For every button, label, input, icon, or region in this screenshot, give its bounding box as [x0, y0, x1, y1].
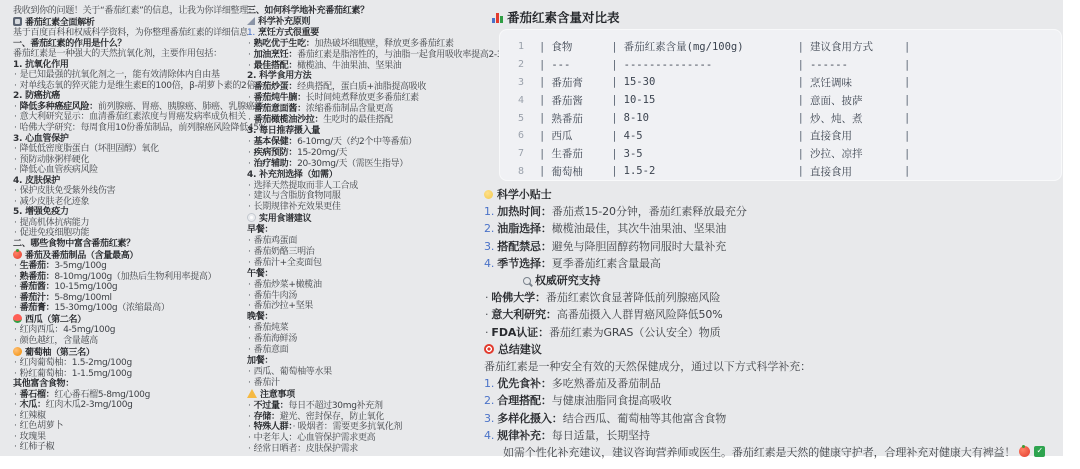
text-line: 3.心血管保护: [13, 134, 245, 145]
line-text: 权威研究支持: [535, 274, 600, 287]
table-cell: 8-10: [624, 112, 792, 124]
line-text: 番茄及番茄制品（含量最高）: [25, 251, 138, 261]
line-text: 如需个性化补充建议，建议咨询营养师或医生。番茄红素是天然的健康守护者，合理补充对…: [503, 446, 1015, 459]
bullet-marker: ·: [248, 433, 251, 443]
line-text: 促进免疫细胞功能: [20, 228, 90, 238]
line-text: 每日适量，长期坚持: [552, 429, 650, 442]
pipe-separator: |: [539, 148, 545, 160]
line-text: 哈佛大学研究：每周食用10份番茄制品，前列腺癌风险降低45%: [20, 123, 267, 133]
text-line: 5.增强免疫力: [13, 207, 245, 218]
text-line: 4.补充剂选择（如需）: [247, 170, 483, 181]
line-label: 存储：: [254, 412, 280, 422]
line-label: 番茄膏：: [20, 303, 55, 313]
line-text: 红辣椒: [20, 411, 46, 421]
line-text: 烹饪方式很重要: [258, 28, 319, 38]
section-heading: 午餐：: [247, 269, 483, 280]
line-label: 季节选择：: [497, 257, 552, 270]
text-line: ·保护皮肤免受紫外线伤害: [13, 186, 245, 197]
line-text: 防癌抗癌: [25, 91, 60, 101]
table-cell: 番茄红素含量(mg/100g): [624, 39, 792, 54]
bullet-marker: ·: [248, 345, 251, 355]
text-line: ·番茄汁：5-8mg/100ml: [13, 293, 245, 304]
list-number: 3.: [13, 134, 22, 144]
bullet-marker: ·: [14, 411, 17, 421]
bullet-marker: ·: [14, 218, 17, 228]
text-line: ·红肉西瓜：4-5mg/100g: [13, 325, 245, 336]
line-label: 优先食补：: [497, 377, 552, 390]
line-text: 红心番石榴5-8mg/100g: [54, 390, 150, 400]
table-cell: ---: [551, 59, 605, 71]
line-text: 早餐：: [247, 225, 273, 235]
line-text: 番茄红素是一种安全有效的天然保健成分，通过以下方式科学补充：: [484, 360, 811, 373]
bullet-marker: ·: [14, 358, 17, 368]
section-heading: 三、如何科学地补充番茄红素？: [247, 6, 483, 17]
text-line: ·番茄汁+全麦面包: [247, 258, 483, 269]
clipboard-icon: [13, 17, 22, 26]
text-line: ·存储：避光、密封保存，防止氧化: [247, 412, 483, 423]
table-cell: 番茄膏: [551, 75, 605, 90]
text-line: ·番茄奶酪三明治: [247, 247, 483, 258]
line-text: 番茄沙拉+坚果: [254, 301, 313, 311]
text-line: ·选择天然提取而非人工合成: [247, 181, 483, 192]
text-line: 番茄红素是一种强大的天然抗氧化剂，主要作用包括：: [13, 49, 245, 60]
line-text: 生吃时的最佳搭配: [323, 115, 393, 125]
list-number: 3.: [484, 240, 494, 253]
text-line: 1.优先食补：多吃熟番茄及番茄制品: [484, 375, 1072, 392]
text-line: ·番茄炖菜: [247, 323, 483, 334]
bullet-marker: ·: [14, 442, 17, 452]
line-text: 抗氧化作用: [25, 60, 69, 70]
text-line: ·生番茄：3-5mg/100g: [13, 261, 245, 272]
line-text: 番茄牛肉汤: [254, 291, 298, 301]
text-line: ·哈佛大学研究：每周食用10份番茄制品，前列腺癌风险降低45%: [13, 123, 245, 134]
line-text: 保护皮肤免受紫外线伤害: [20, 186, 116, 196]
line-text: 番茄红素是脂溶性的，与油脂一起食用吸收率提高2-3倍: [297, 50, 511, 60]
grapefruit-icon: [13, 347, 22, 356]
text-line: 3.每日推荐摄入量: [247, 126, 483, 137]
line-label: 加油烹饪：: [254, 50, 298, 60]
line-text: 实用食谱建议: [259, 214, 311, 224]
bullet-marker: ·: [248, 401, 251, 411]
section-heading: 番茄及番茄制品（含量最高）: [13, 250, 245, 262]
bullet-marker: ·: [14, 421, 17, 431]
text-line: ·降低低密度脂蛋白（坏胆固醇）氧化: [13, 144, 245, 155]
tomato-icon: [1019, 446, 1030, 457]
line-text: 红色胡萝卜: [20, 421, 64, 431]
line-text: 番茄鸡蛋面: [254, 236, 298, 246]
line-text: 经典搭配，蛋白质+油脂提高吸收: [297, 82, 426, 92]
bullet-marker: ·: [14, 303, 17, 313]
bullet-marker: ·: [248, 115, 251, 125]
bullet-marker: ·: [485, 308, 488, 321]
text-line: ·提高机体抗病能力: [13, 218, 245, 229]
bullet-marker: ·: [248, 367, 251, 377]
warning-icon: [247, 389, 257, 398]
bullet-marker: ·: [248, 444, 251, 454]
pipe-separator: |: [539, 41, 545, 53]
text-line: 基于百度百科和权威科学资料，为你整理番茄红素的详细信息：: [13, 28, 245, 39]
bullet-marker: ·: [248, 191, 251, 201]
table-cell: 10-15: [624, 94, 792, 106]
section-heading: 早餐：: [247, 225, 483, 236]
right-column: 科学小贴士1.加热时间：番茄煮15-20分钟，番茄红素释放最充分2.油脂选择：橄…: [484, 186, 1072, 461]
line-text: 20-30mg/天（需医生指导）: [297, 159, 408, 169]
text-line: ·红辣椒: [13, 411, 245, 422]
bullet-marker: ·: [14, 336, 17, 346]
bullet-marker: ·: [248, 280, 251, 290]
line-label: 熟番茄：: [20, 272, 55, 282]
pipe-separator: |: [904, 59, 910, 71]
section-heading: 注意事项: [247, 389, 483, 401]
table-line-number: 3: [512, 77, 524, 88]
pipe-separator: |: [904, 112, 910, 124]
line-text: 红肉葡萄柚：1.5-2mg/100g: [20, 358, 132, 368]
text-line: 2.科学食用方法: [247, 71, 483, 82]
table-cell: 直接食用: [810, 164, 898, 179]
table-cell: 建议食用方式: [810, 39, 898, 54]
table-cell: 4-5: [624, 130, 792, 142]
bullet-marker: ·: [248, 50, 251, 60]
text-line: ·基本保健：6-10mg/天（约2个中等番茄）: [247, 137, 483, 148]
line-text: 5-8mg/100ml: [54, 293, 111, 303]
line-label: 番茄炒蛋：: [254, 82, 298, 92]
table-cell: 1.5-2: [624, 165, 792, 177]
pipe-separator: |: [798, 112, 804, 124]
list-number: 4.: [13, 176, 22, 186]
table-row: 7|生番茄|3-5|沙拉、凉拌|: [512, 145, 1061, 163]
section-heading: 晚餐：: [247, 312, 483, 323]
text-line: ·加油烹饪：番茄红素是脂溶性的，与油脂一起食用吸收率提高2-3倍: [247, 50, 483, 61]
text-line: ·意大利研究显示：血清番茄红素浓度与胃癌发病率成负相关: [13, 112, 245, 123]
line-text: 补充剂选择（如需）: [259, 170, 337, 180]
magnifier-icon: [523, 277, 531, 285]
line-text: 建议与含脂肪食物同服: [254, 191, 341, 201]
table-cell: 直接食用: [810, 128, 898, 143]
bullet-marker: ·: [14, 144, 17, 154]
text-line: ·番茄橄榄油沙拉：生吃时的最佳搭配: [247, 115, 483, 126]
section-heading: 科学小贴士: [484, 186, 1072, 203]
bullet-marker: ·: [248, 323, 251, 333]
line-label: 番茄橄榄油沙拉：: [254, 115, 324, 125]
line-text: 3-5mg/100g: [54, 261, 106, 271]
line-label: 最佳搭配：: [254, 61, 298, 71]
line-text: 多吃熟番茄及番茄制品: [552, 377, 661, 390]
table-line-number: 2: [512, 59, 524, 70]
pipe-separator: |: [539, 130, 545, 142]
line-text: 晚餐：: [247, 312, 273, 322]
table-cell: 3-5: [624, 148, 792, 160]
line-text: 高番茄摄入人群胃癌风险降低50%: [557, 308, 723, 321]
line-text: 午餐：: [247, 269, 273, 279]
bullet-marker: ·: [14, 112, 17, 122]
bullet-marker: ·: [485, 291, 488, 304]
text-line: ·木瓜：红肉木瓜2-3mg/100g: [13, 400, 245, 411]
text-line: ·预防动脉粥样硬化: [13, 155, 245, 166]
text-line: ·番茄炖牛腩：长时间炖煮释放更多番茄红素: [247, 93, 483, 104]
pipe-separator: |: [798, 94, 804, 106]
text-line: ·番茄炒蛋：经典搭配，蛋白质+油脂提高吸收: [247, 82, 483, 93]
pipe-separator: |: [798, 148, 804, 160]
table-cell: --------------: [624, 59, 792, 71]
line-label: 番茄酱：: [20, 282, 55, 292]
line-text: 意大利研究显示：血清番茄红素浓度与胃癌发病率成负相关: [20, 112, 246, 122]
text-line: ·长期规律补充效果更佳: [247, 202, 483, 213]
plate-icon: [247, 213, 256, 222]
line-text: 番茄意面: [254, 345, 289, 355]
pipe-separator: |: [539, 94, 545, 106]
watermelon-icon: [13, 314, 22, 323]
line-text: 粉红葡萄柚：1-1.5mg/100g: [20, 369, 132, 379]
table-cell: 西瓜: [551, 128, 605, 143]
tomato-icon: [13, 250, 22, 259]
line-label: 番茄炖牛腩：: [254, 93, 306, 103]
text-line: 3.搭配禁忌：避免与降胆固醇药物同服时大量补充: [484, 238, 1072, 255]
line-text: · 吸烟者：需要更多抗氧化剂: [293, 422, 403, 432]
pipe-separator: |: [904, 148, 910, 160]
ruler-icon: [247, 17, 255, 25]
line-text: 番茄海鲜汤: [254, 334, 298, 344]
pipe-separator: |: [611, 165, 617, 177]
list-number: 1.: [484, 205, 494, 218]
bullet-marker: ·: [14, 261, 17, 271]
bullet-marker: ·: [14, 70, 17, 80]
line-label: 特殊人群：: [254, 422, 293, 432]
section-heading: 一、番茄红素的作用是什么？: [13, 39, 245, 50]
text-line: 如需个性化补充建议，建议咨询营养师或医生。番茄红素是天然的健康守护者，合理补充对…: [484, 444, 1072, 461]
table-line-number: 8: [512, 166, 524, 177]
bullet-marker: ·: [14, 325, 17, 335]
table-row: 3|番茄膏|15-30|烹饪调味|: [512, 74, 1061, 92]
bullet-marker: ·: [14, 272, 17, 282]
bullet-marker: ·: [248, 334, 251, 344]
line-text: 减少皮肤老化迹象: [20, 197, 90, 207]
line-text: 总结建议: [498, 343, 542, 356]
bullet-marker: ·: [248, 422, 251, 432]
table-cell: 15-30: [624, 76, 792, 88]
line-label: 熟吃优于生吃：: [254, 39, 315, 49]
pipe-separator: |: [904, 41, 910, 53]
text-line: ·哈佛大学：番茄红素饮食显著降低前列腺癌风险: [484, 289, 1072, 306]
line-text: 科学食用方法: [259, 71, 311, 81]
line-text: 番茄奶酪三明治: [254, 247, 315, 257]
line-text: 10-15mg/100g: [54, 282, 117, 292]
table-line-number: 4: [512, 95, 524, 106]
line-text: 橄榄油、牛油果油、坚果油: [297, 61, 401, 71]
table-row: 1|食物|番茄红素含量(mg/100g)|建议食用方式|: [512, 38, 1061, 56]
line-text: 加热破坏细胞壁，释放更多番茄红素: [314, 39, 453, 49]
line-text: 基于百度百科和权威科学资料，为你整理番茄红素的详细信息：: [13, 28, 257, 38]
line-label: 治疗辅助：: [254, 159, 298, 169]
line-text: 颜色越红，含量越高: [20, 336, 98, 346]
text-line: ·番茄炒菜+橄榄油: [247, 280, 483, 291]
document-canvas: 我收到你的问题！关于“番茄红素”的信息，让我为你详细整理：番茄红素全面解析基于百…: [0, 0, 1080, 469]
section-heading: 其他富含食物：: [13, 379, 245, 390]
line-label: FDA认证：: [491, 326, 549, 339]
pipe-separator: |: [611, 76, 617, 88]
line-text: 橄榄油最佳，其次牛油果油、坚果油: [552, 222, 726, 235]
pipe-separator: |: [798, 130, 804, 142]
bullet-marker: ·: [14, 369, 17, 379]
line-label: 合理搭配：: [497, 394, 552, 407]
line-text: 红肉木瓜2-3mg/100g: [46, 400, 133, 410]
list-number: 2.: [13, 91, 22, 101]
text-line: ·番茄海鲜汤: [247, 334, 483, 345]
table-row: 5|熟番茄|8-10|炒、炖、煮|: [512, 109, 1061, 127]
bulb-icon: [484, 190, 493, 199]
text-line: ·颜色越红，含量越高: [13, 336, 245, 347]
bullet-marker: ·: [248, 137, 251, 147]
bar-chart-icon: [492, 13, 503, 23]
line-label: 搭配禁忌：: [497, 240, 552, 253]
line-label: 番茄汁：: [20, 293, 55, 303]
table-line-number: 5: [512, 113, 524, 124]
text-line: ·意大利研究：高番茄摄入人群胃癌风险降低50%: [484, 306, 1072, 323]
line-label: 基本保健：: [254, 137, 298, 147]
text-line: 4.季节选择：夏季番茄红素含量最高: [484, 255, 1072, 272]
line-text: 降低心血管疾病风险: [20, 165, 98, 175]
list-number: 4.: [247, 170, 256, 180]
pipe-separator: |: [798, 76, 804, 88]
bullet-marker: ·: [248, 301, 251, 311]
text-line: ·治疗辅助：20-30mg/天（需医生指导）: [247, 159, 483, 170]
line-text: 番茄炖菜: [254, 323, 289, 333]
text-line: ·是已知最强的抗氧化剂之一，能有效清除体内自由基: [13, 70, 245, 81]
line-label: 意大利研究：: [491, 308, 556, 321]
text-line: ·对单线态氧的猝灭能力是维生素E的100倍，β-胡萝卜素的2倍: [13, 81, 245, 92]
text-line: 2.合理搭配：与健康油脂同食提高吸收: [484, 392, 1072, 409]
list-number: 1.: [247, 28, 255, 38]
table-title-text: 番茄红素含量对比表: [507, 10, 620, 25]
line-text: 西瓜（第二名）: [25, 315, 86, 325]
bullet-marker: ·: [14, 123, 17, 133]
bullet-marker: ·: [14, 390, 17, 400]
pipe-separator: |: [611, 59, 617, 71]
line-text: 每日推荐摄入量: [259, 126, 320, 136]
line-text: 是已知最强的抗氧化剂之一，能有效清除体内自由基: [20, 70, 220, 80]
text-line: 我收到你的问题！关于“番茄红素”的信息，让我为你详细整理：: [13, 6, 245, 17]
line-label: 疾病预防：: [254, 148, 298, 158]
bullet-marker: ·: [248, 61, 251, 71]
list-number: 3.: [484, 412, 494, 425]
line-text: 一、番茄红素的作用是什么？: [13, 39, 126, 49]
bullet-marker: ·: [14, 197, 17, 207]
list-number: 2.: [484, 394, 494, 407]
line-text: 加餐：: [247, 356, 273, 366]
list-number: 3.: [247, 126, 256, 136]
line-label: 降低多种癌症风险：: [20, 102, 98, 112]
bullet-marker: ·: [248, 104, 251, 114]
line-text: 番茄汁: [254, 378, 280, 388]
section-heading: 葡萄柚（第三名）: [13, 347, 245, 359]
line-label: 油脂选择：: [497, 222, 552, 235]
line-text: 结合西瓜、葡萄柚等其他富含食物: [563, 412, 727, 425]
line-text: 每日不超过30mg补充剂: [288, 401, 382, 411]
bullet-marker: ·: [248, 148, 251, 158]
line-text: 玫瑰果: [20, 432, 46, 442]
text-line: ·中老年人：心血管保护需求更高: [247, 433, 483, 444]
section-heading: 西瓜（第二名）: [13, 314, 245, 326]
bullet-marker: ·: [248, 82, 251, 92]
text-line: ·番茄汁: [247, 378, 483, 389]
text-line: ·熟番茄：8-10mg/100g（加热后生物利用率提高）: [13, 272, 245, 283]
line-text: 二、哪些食物中富含番茄红素？: [13, 239, 135, 249]
pipe-separator: |: [904, 94, 910, 106]
table-row: 2|---|--------------|------|: [512, 56, 1061, 74]
lycopene-table-card: 1|食物|番茄红素含量(mg/100g)|建议食用方式|2|---|------…: [499, 29, 1062, 181]
line-text: 番茄红素全面解析: [25, 18, 95, 28]
table-cell: 炒、炖、煮: [810, 111, 898, 126]
line-text: 中老年人：心血管保护需求更高: [254, 433, 376, 443]
text-line: ·番茄膏：15-30mg/100g（浓缩最高）: [13, 303, 245, 314]
text-line: ·减少皮肤老化迹象: [13, 197, 245, 208]
bullet-marker: ·: [248, 378, 251, 388]
table-cell: 食物: [551, 39, 605, 54]
bullet-marker: ·: [14, 282, 17, 292]
pipe-separator: |: [904, 76, 910, 88]
text-line: 2.防癌抗癌: [13, 91, 245, 102]
line-label: 番石榴：: [20, 390, 55, 400]
line-text: 科学小贴士: [497, 188, 552, 201]
line-text: 注意事项: [260, 390, 295, 400]
text-line: ·FDA认证：番茄红素为GRAS（公认安全）物质: [484, 324, 1072, 341]
line-text: 15-20mg/天: [297, 148, 347, 158]
text-line: ·番茄酱：10-15mg/100g: [13, 282, 245, 293]
line-text: 选择天然提取而非人工合成: [254, 181, 358, 191]
line-text: 预防动脉粥样硬化: [20, 155, 90, 165]
text-line: 1.抗氧化作用: [13, 60, 245, 71]
text-line: ·番茄沙拉+坚果: [247, 301, 483, 312]
bullet-marker: ·: [14, 186, 17, 196]
section-heading: 总结建议: [484, 341, 1072, 358]
table-cell: 烹饪调味: [810, 75, 898, 90]
text-line: ·疾病预防：15-20mg/天: [247, 148, 483, 159]
table-cell: 熟番茄: [551, 111, 605, 126]
list-number: 2.: [484, 222, 494, 235]
line-text: 其他富含食物：: [13, 379, 74, 389]
bullet-marker: ·: [14, 102, 17, 112]
text-line: ·番茄意面: [247, 345, 483, 356]
pipe-separator: |: [798, 165, 804, 177]
line-label: 木瓜：: [20, 400, 46, 410]
text-line: ·降低心血管疾病风险: [13, 165, 245, 176]
line-label: 加热时间：: [497, 205, 552, 218]
bullet-marker: ·: [248, 258, 251, 268]
text-line: ·熟吃优于生吃：加热破坏细胞壁，释放更多番茄红素: [247, 39, 483, 50]
pipe-separator: |: [539, 112, 545, 124]
line-text: 西瓜、葡萄柚等水果: [254, 367, 332, 377]
bullet-marker: ·: [248, 291, 251, 301]
middle-column: 三、如何科学地补充番茄红素？科学补充原则1.烹饪方式很重要·熟吃优于生吃：加热破…: [247, 6, 483, 455]
table-cell: ------: [810, 59, 898, 71]
bullet-marker: ·: [14, 81, 17, 91]
line-text: 番茄炒菜+橄榄油: [254, 280, 322, 290]
text-line: 1.烹饪方式很重要: [247, 28, 483, 39]
pipe-separator: |: [611, 130, 617, 142]
text-line: ·玫瑰果: [13, 432, 245, 443]
pipe-separator: |: [539, 76, 545, 88]
line-text: 三、如何科学地补充番茄红素？: [247, 6, 369, 16]
list-number: 4.: [484, 429, 494, 442]
table-cell: 番茄酱: [551, 93, 605, 108]
text-line: ·西瓜、葡萄柚等水果: [247, 367, 483, 378]
text-line: ·番茄意面酱：浓缩番茄制品含量更高: [247, 104, 483, 115]
line-text: 葡萄柚（第三名）: [25, 348, 95, 358]
target-icon: [484, 344, 494, 354]
pipe-separator: |: [611, 148, 617, 160]
text-line: ·番茄牛肉汤: [247, 291, 483, 302]
bullet-marker: ·: [248, 159, 251, 169]
table-cell: 葡萄柚: [551, 164, 605, 179]
